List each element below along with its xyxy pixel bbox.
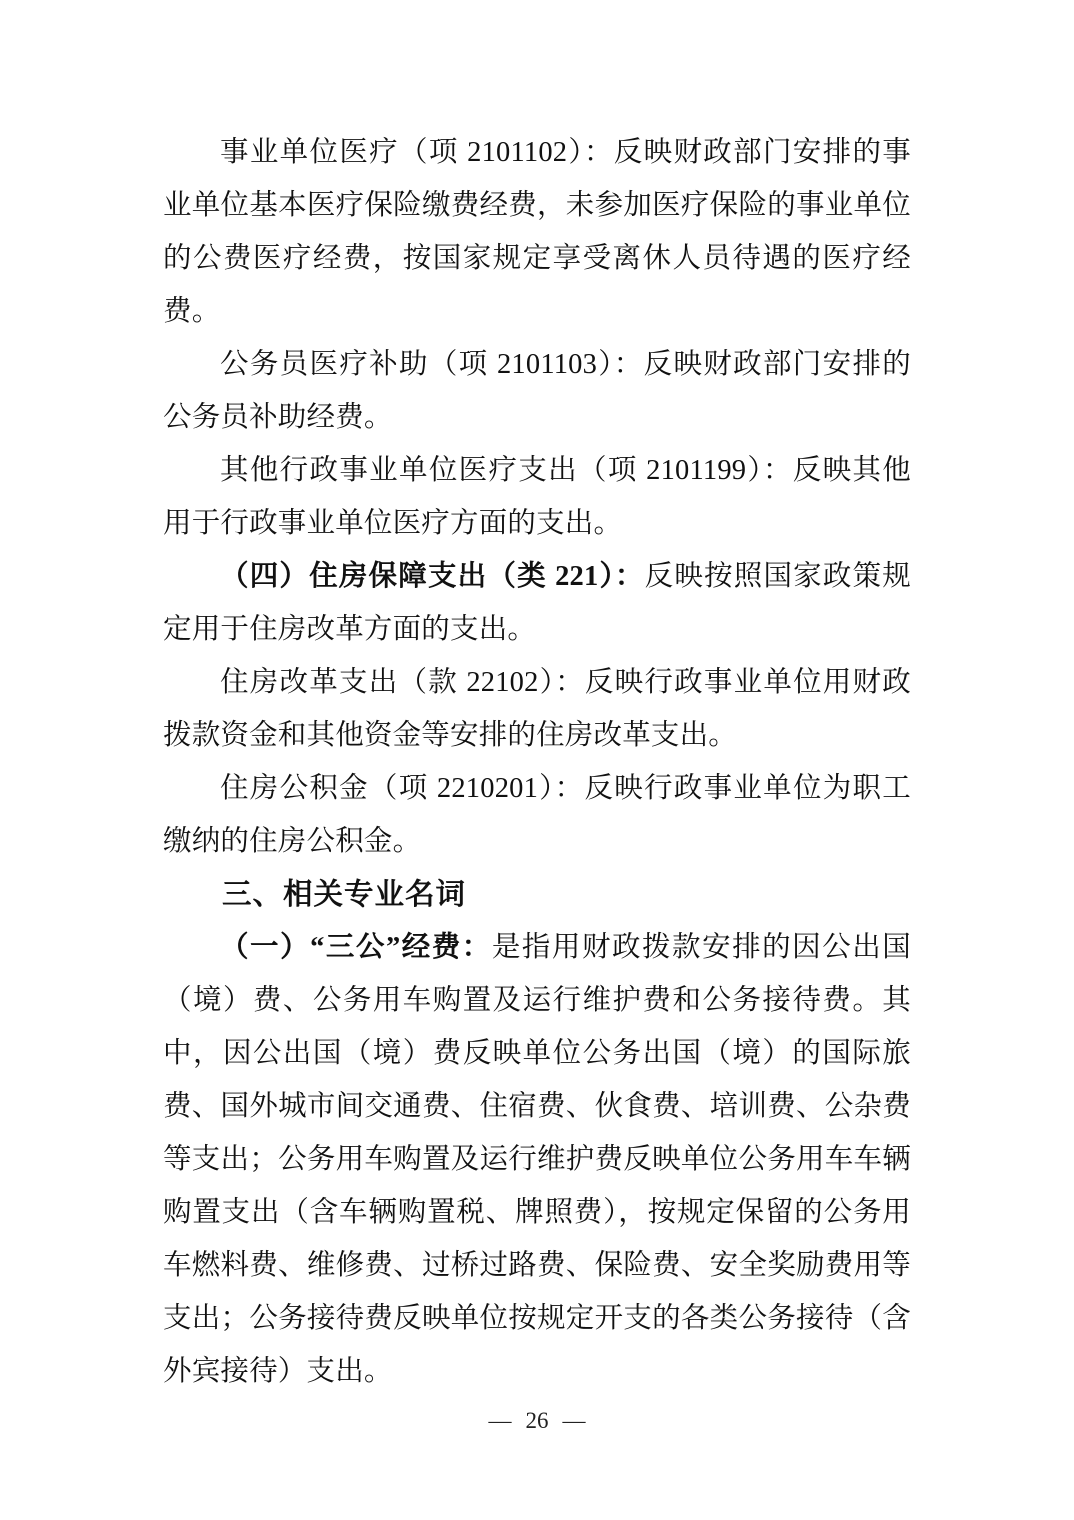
page-footer: —26— [0, 1405, 1074, 1437]
paragraph: （四）住房保障支出（类 221）：反映按照国家政策规定用于住房改革方面的支出。 [163, 550, 911, 656]
paragraph-text: 住房改革支出（款 22102）：反映行政事业单位用财政拨款资金和其他资金等安排的… [163, 667, 911, 751]
footer-dash-left: — [489, 1405, 512, 1437]
paragraph-text: 公务员医疗补助（项 2101103）：反映财政部门安排的公务员补助经费。 [163, 349, 911, 433]
paragraph: 事业单位医疗（项 2101102）：反映财政部门安排的事业单位基本医疗保险缴费经… [163, 126, 911, 338]
paragraph: （一）“三公”经费：是指用财政拨款安排的因公出国（境）费、公务用车购置及运行维护… [163, 921, 911, 1398]
section-heading: 三、相关专业名词 [163, 868, 911, 921]
paragraph-text: 事业单位医疗（项 2101102）：反映财政部门安排的事业单位基本医疗保险缴费经… [163, 137, 911, 327]
paragraph: 住房改革支出（款 22102）：反映行政事业单位用财政拨款资金和其他资金等安排的… [163, 656, 911, 762]
paragraph-lead-bold: （一）“三公”经费： [220, 932, 492, 963]
paragraph-text: 住房公积金（项 2210201）：反映行政事业单位为职工缴纳的住房公积金。 [163, 773, 911, 857]
paragraph-text: 是指用财政拨款安排的因公出国（境）费、公务用车购置及运行维护费和公务接待费。其中… [163, 932, 911, 1387]
page-number: 26 [526, 1408, 549, 1433]
paragraph: 公务员医疗补助（项 2101103）：反映财政部门安排的公务员补助经费。 [163, 338, 911, 444]
document-page: 事业单位医疗（项 2101102）：反映财政部门安排的事业单位基本医疗保险缴费经… [0, 0, 1074, 1520]
footer-dash-right: — [563, 1405, 586, 1437]
paragraph: 住房公积金（项 2210201）：反映行政事业单位为职工缴纳的住房公积金。 [163, 762, 911, 868]
paragraph: 其他行政事业单位医疗支出（项 2101199）：反映其他用于行政事业单位医疗方面… [163, 444, 911, 550]
document-body: 事业单位医疗（项 2101102）：反映财政部门安排的事业单位基本医疗保险缴费经… [163, 126, 911, 1398]
paragraph-lead-bold: （四）住房保障支出（类 221）： [220, 561, 645, 592]
paragraph-text: 其他行政事业单位医疗支出（项 2101199）：反映其他用于行政事业单位医疗方面… [163, 455, 911, 539]
